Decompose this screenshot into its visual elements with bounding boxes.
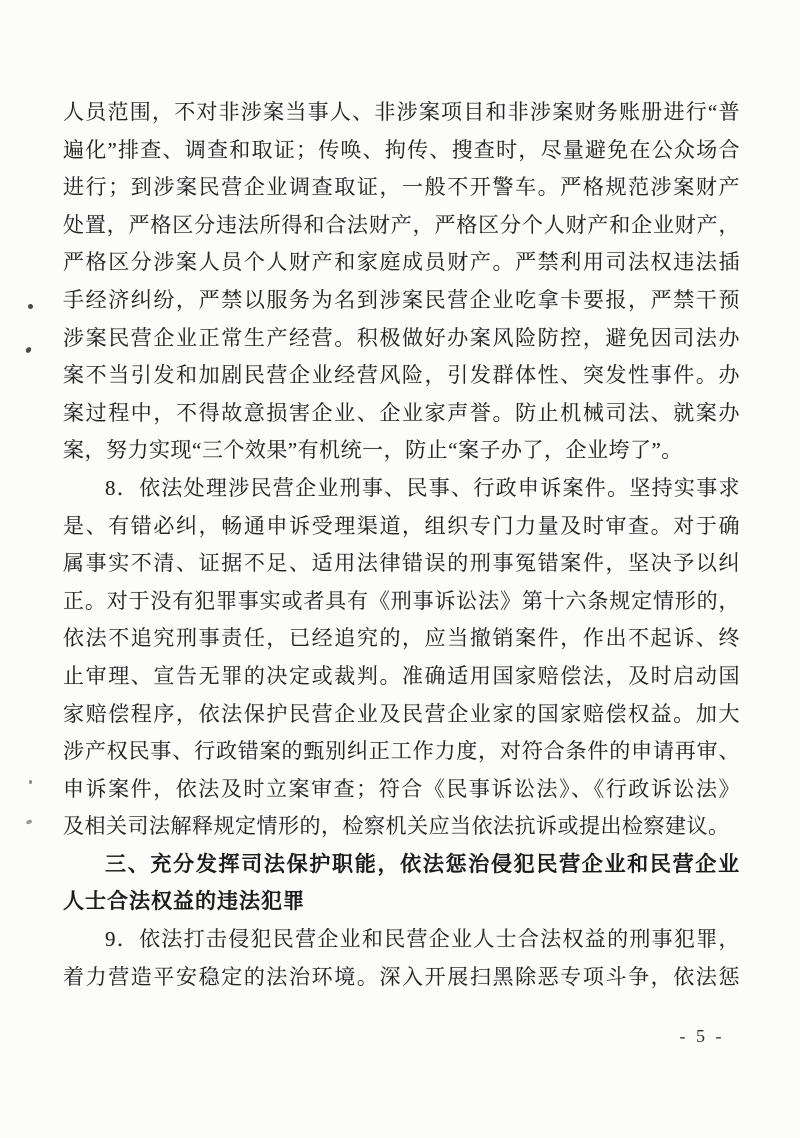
text-line: 严格区分涉案人员个人财产和家庭成员财产。严禁利用司法权违法插 xyxy=(63,244,740,282)
paragraph-end-line: 及相关司法解释规定情形的，检察机关应当依法抗诉或提出检察建议。 xyxy=(63,808,740,846)
text-line: 属事实不清、证据不足、适用法律错误的刑事冤错案件，坚决予以纠 xyxy=(63,545,740,583)
ink-speck xyxy=(25,819,32,825)
text-line: 案不当引发和加剧民营企业经营风险，引发群体性、突发性事件。办 xyxy=(63,357,740,395)
text-line: 涉案民营企业正常生产经营。积极做好办案风险防控，避免因司法办 xyxy=(63,320,740,358)
text-line: 进行；到涉案民营企业调查取证，一般不开警车。严格规范涉案财产 xyxy=(63,169,740,207)
ink-speck xyxy=(29,780,32,784)
text-line: 遍化”排查、调查和取证；传唤、拘传、搜查时，尽量避免在公众场合 xyxy=(63,132,740,170)
page-number: - 5 - xyxy=(664,1026,740,1047)
paragraph-end-line: 案，努力实现“三个效果”有机统一，防止“案子办了，企业垮了”。 xyxy=(63,432,740,470)
text-line: 申诉案件，依法及时立案审查；符合《民事诉讼法》、《行政诉讼法》 xyxy=(63,771,740,809)
text-line: 正。对于没有犯罪事实或者具有《刑事诉讼法》第十六条规定情形的， xyxy=(63,583,740,621)
text-block: 人员范围，不对非涉案当事人、非涉案项目和非涉案财务账册进行“普 遍化”排查、调查… xyxy=(63,94,740,996)
paragraph-start-line: 8．依法处理涉民营企业刑事、民事、行政申诉案件。坚持实事求 xyxy=(63,470,740,508)
text-line: 家赔偿程序，依法保护民营企业及民营企业家的国家赔偿权益。加大 xyxy=(63,696,740,734)
text-line: 处置，严格区分违法所得和合法财产，严格区分个人财产和企业财产， xyxy=(63,207,740,245)
document-page: 人员范围，不对非涉案当事人、非涉案项目和非涉案财务账册进行“普 遍化”排查、调查… xyxy=(0,0,800,1138)
section-heading-line: 三、充分发挥司法保护职能，依法惩治侵犯民营企业和民营企业 xyxy=(63,846,740,884)
text-line: 手经济纠纷，严禁以服务为名到涉案民营企业吃拿卡要报，严禁干预 xyxy=(63,282,740,320)
text-line: 是、有错必纠，畅通申诉受理渠道，组织专门力量及时审查。对于确 xyxy=(63,508,740,546)
ink-speck xyxy=(25,346,32,353)
text-line: 依法不追究刑事责任，已经追究的，应当撤销案件，作出不起诉、终 xyxy=(63,620,740,658)
text-line: 案过程中，不得故意损害企业、企业家声誉。防止机械司法、就案办 xyxy=(63,395,740,433)
paragraph-start-line: 9．依法打击侵犯民营企业和民营企业人士合法权益的刑事犯罪， xyxy=(63,921,740,959)
text-line: 人员范围，不对非涉案当事人、非涉案项目和非涉案财务账册进行“普 xyxy=(63,94,740,132)
text-line: 着力营造平安稳定的法治环境。深入开展扫黑除恶专项斗争，依法惩 xyxy=(63,959,740,997)
text-line: 止审理、宣告无罪的决定或裁判。准确适用国家赔偿法，及时启动国 xyxy=(63,658,740,696)
section-heading-line: 人士合法权益的违法犯罪 xyxy=(63,883,740,921)
text-line: 涉产权民事、行政错案的甄别纠正工作力度，对符合条件的申请再审、 xyxy=(63,733,740,771)
ink-speck xyxy=(28,304,33,309)
